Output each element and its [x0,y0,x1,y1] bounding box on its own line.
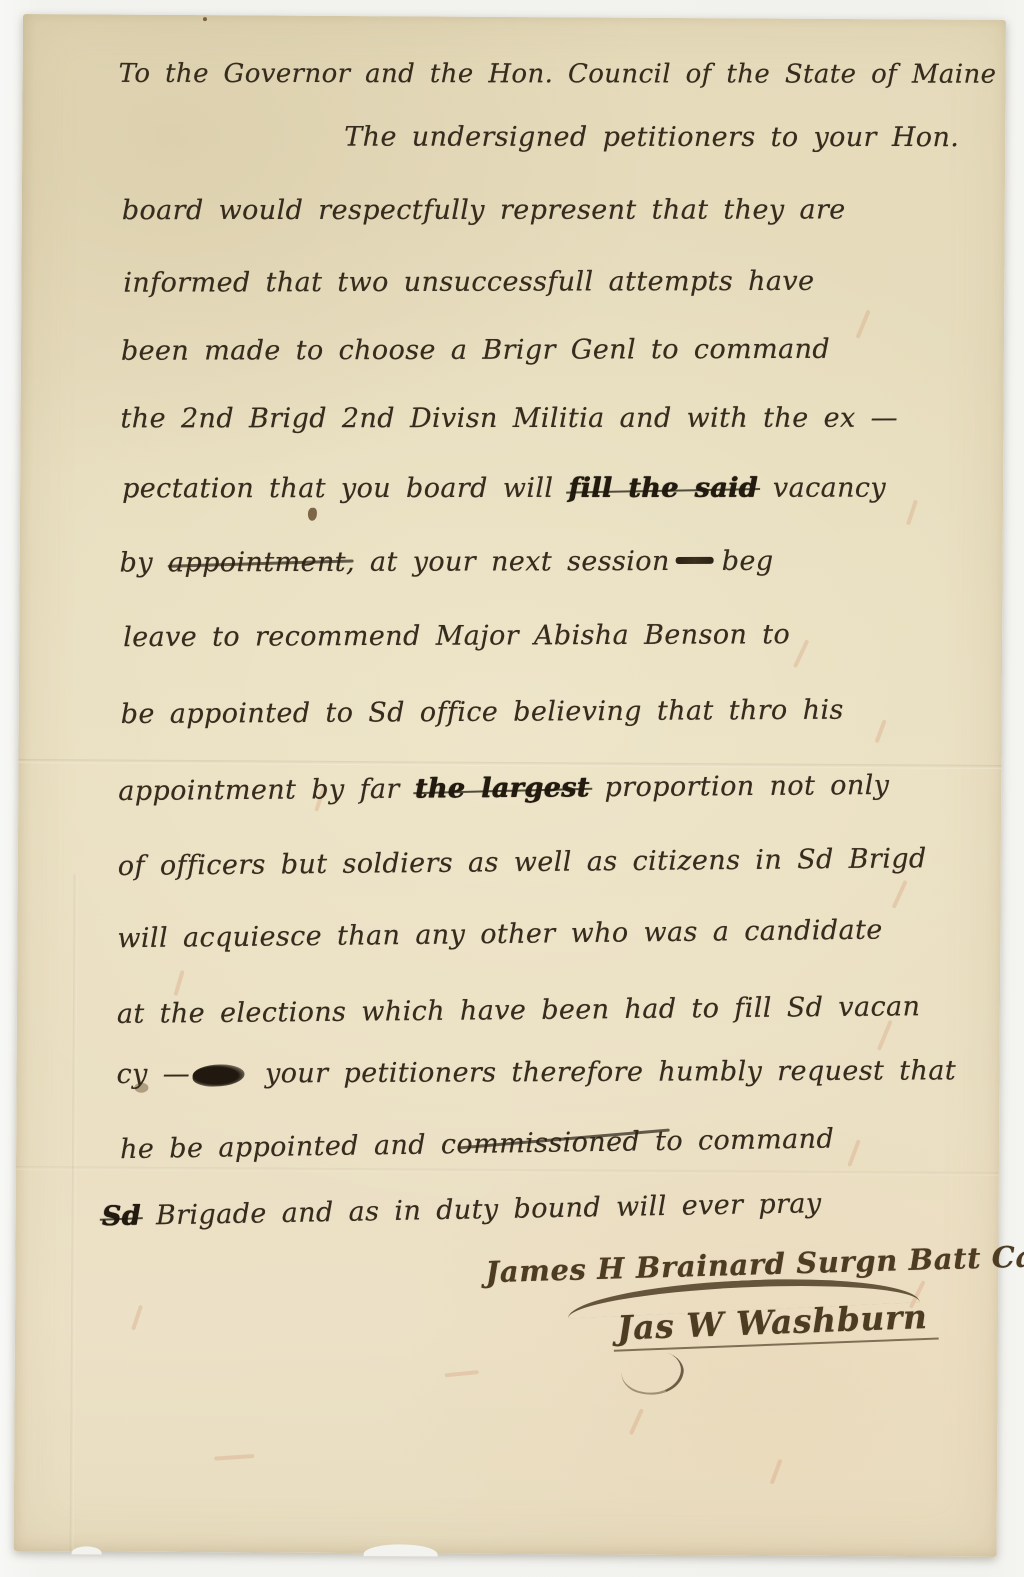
letter-line-3: informed that two unsuccessfull attempts… [123,266,814,299]
line-text: board would respectfully represent that … [122,195,846,227]
letter-line-12: will acquiesce than any other who was a … [117,915,883,955]
letter-line-6: pectation that you board will fill the s… [122,473,886,505]
line-text: be appointed to Sd office believing that… [121,695,844,730]
letter-line-1: The undersigned petitioners to your Hon. [344,122,959,154]
horizontal-fold-crease [18,759,1001,769]
line-text: at the elections which have been had to … [117,991,921,1030]
torn-edge-notch [72,1546,102,1554]
letter-line-2: board would respectfully represent that … [122,195,846,227]
overwritten-correction: the largest [415,772,590,804]
line-text: The undersigned petitioners to your Hon. [344,122,959,154]
letter-line-4: been made to choose a Brigr Genl to comm… [121,334,830,367]
line-text: Brigade and as in duty bound will ever p… [141,1188,822,1231]
overwritten-correction: Sd [101,1201,141,1233]
torn-edge-notch [364,1544,438,1556]
line-text: appointment by far [118,774,415,807]
letter-line-9: be appointed to Sd office believing that… [121,695,844,730]
bleed-through-mark [629,1408,644,1435]
bleed-through-mark [131,1305,143,1331]
line-text: leave to recommend Major Abisha Benson t… [123,619,790,653]
letter-line-7: by appointment, at your next sessionbeg [120,546,774,579]
line-text: your petitioners therefore humbly reques… [250,1055,956,1089]
bleed-through-mark [793,639,809,668]
line-text: been made to choose a Brigr Genl to comm… [121,334,830,367]
bleed-through-mark [856,310,871,339]
line-text: informed that two unsuccessfull attempts… [123,266,814,299]
bleed-through-mark [770,1459,783,1485]
signature-flourish-tail [618,1343,688,1402]
letter-line-11: of officers but soldiers as well as citi… [118,843,927,882]
letter-line-13: at the elections which have been had to … [117,991,921,1030]
line-text: the 2nd Brigd 2nd Divisn Militia and wit… [121,403,898,435]
ink-speck [308,508,317,521]
scratched-out-word [676,557,714,564]
overwritten-correction: fill the said [568,473,758,504]
salutation-text: To the Governor and the Hon. Council of … [119,59,997,90]
line-text: vacancy [758,473,886,504]
line-text: will acquiesce than any other who was a … [117,915,883,955]
ink-speck [203,17,207,21]
scan-background: To the Governor and the Hon. Council of … [0,0,1024,1577]
letter-line-10: appointment by far the largest proportio… [118,770,889,807]
bleed-through-mark [445,1370,479,1377]
line-text: proportion not only [589,770,889,803]
bleed-through-mark [174,970,185,996]
letter-line-16: Sd Brigade and as in duty bound will eve… [101,1188,821,1232]
bleed-through-mark [877,1020,893,1051]
document-paper: To the Governor and the Hon. Council of … [14,14,1006,1557]
salutation-line: To the Governor and the Hon. Council of … [119,59,997,90]
ink-blot [192,1064,244,1086]
letter-line-8: leave to recommend Major Abisha Benson t… [123,619,790,653]
horizontal-fold-crease [16,1166,999,1176]
bleed-through-mark [214,1454,254,1461]
line-text: of officers but soldiers as well as citi… [118,843,927,882]
bleed-through-mark [892,880,908,909]
line-text: pectation that you board will [122,473,568,504]
line-text: by appointment, at your next session [120,546,670,578]
letter-line-5: the 2nd Brigd 2nd Divisn Militia and wit… [121,403,898,435]
line-text: cy — [116,1059,190,1090]
bleed-through-mark [906,499,918,525]
letter-line-14: cy — your petitioners therefore humbly r… [116,1055,956,1090]
bleed-through-mark [847,1139,860,1167]
line-text: beg [722,546,774,577]
bleed-through-mark [875,719,887,743]
letter-line-15: he be appointed and commissioned to comm… [120,1124,834,1166]
vertical-fold-crease [70,874,78,1551]
